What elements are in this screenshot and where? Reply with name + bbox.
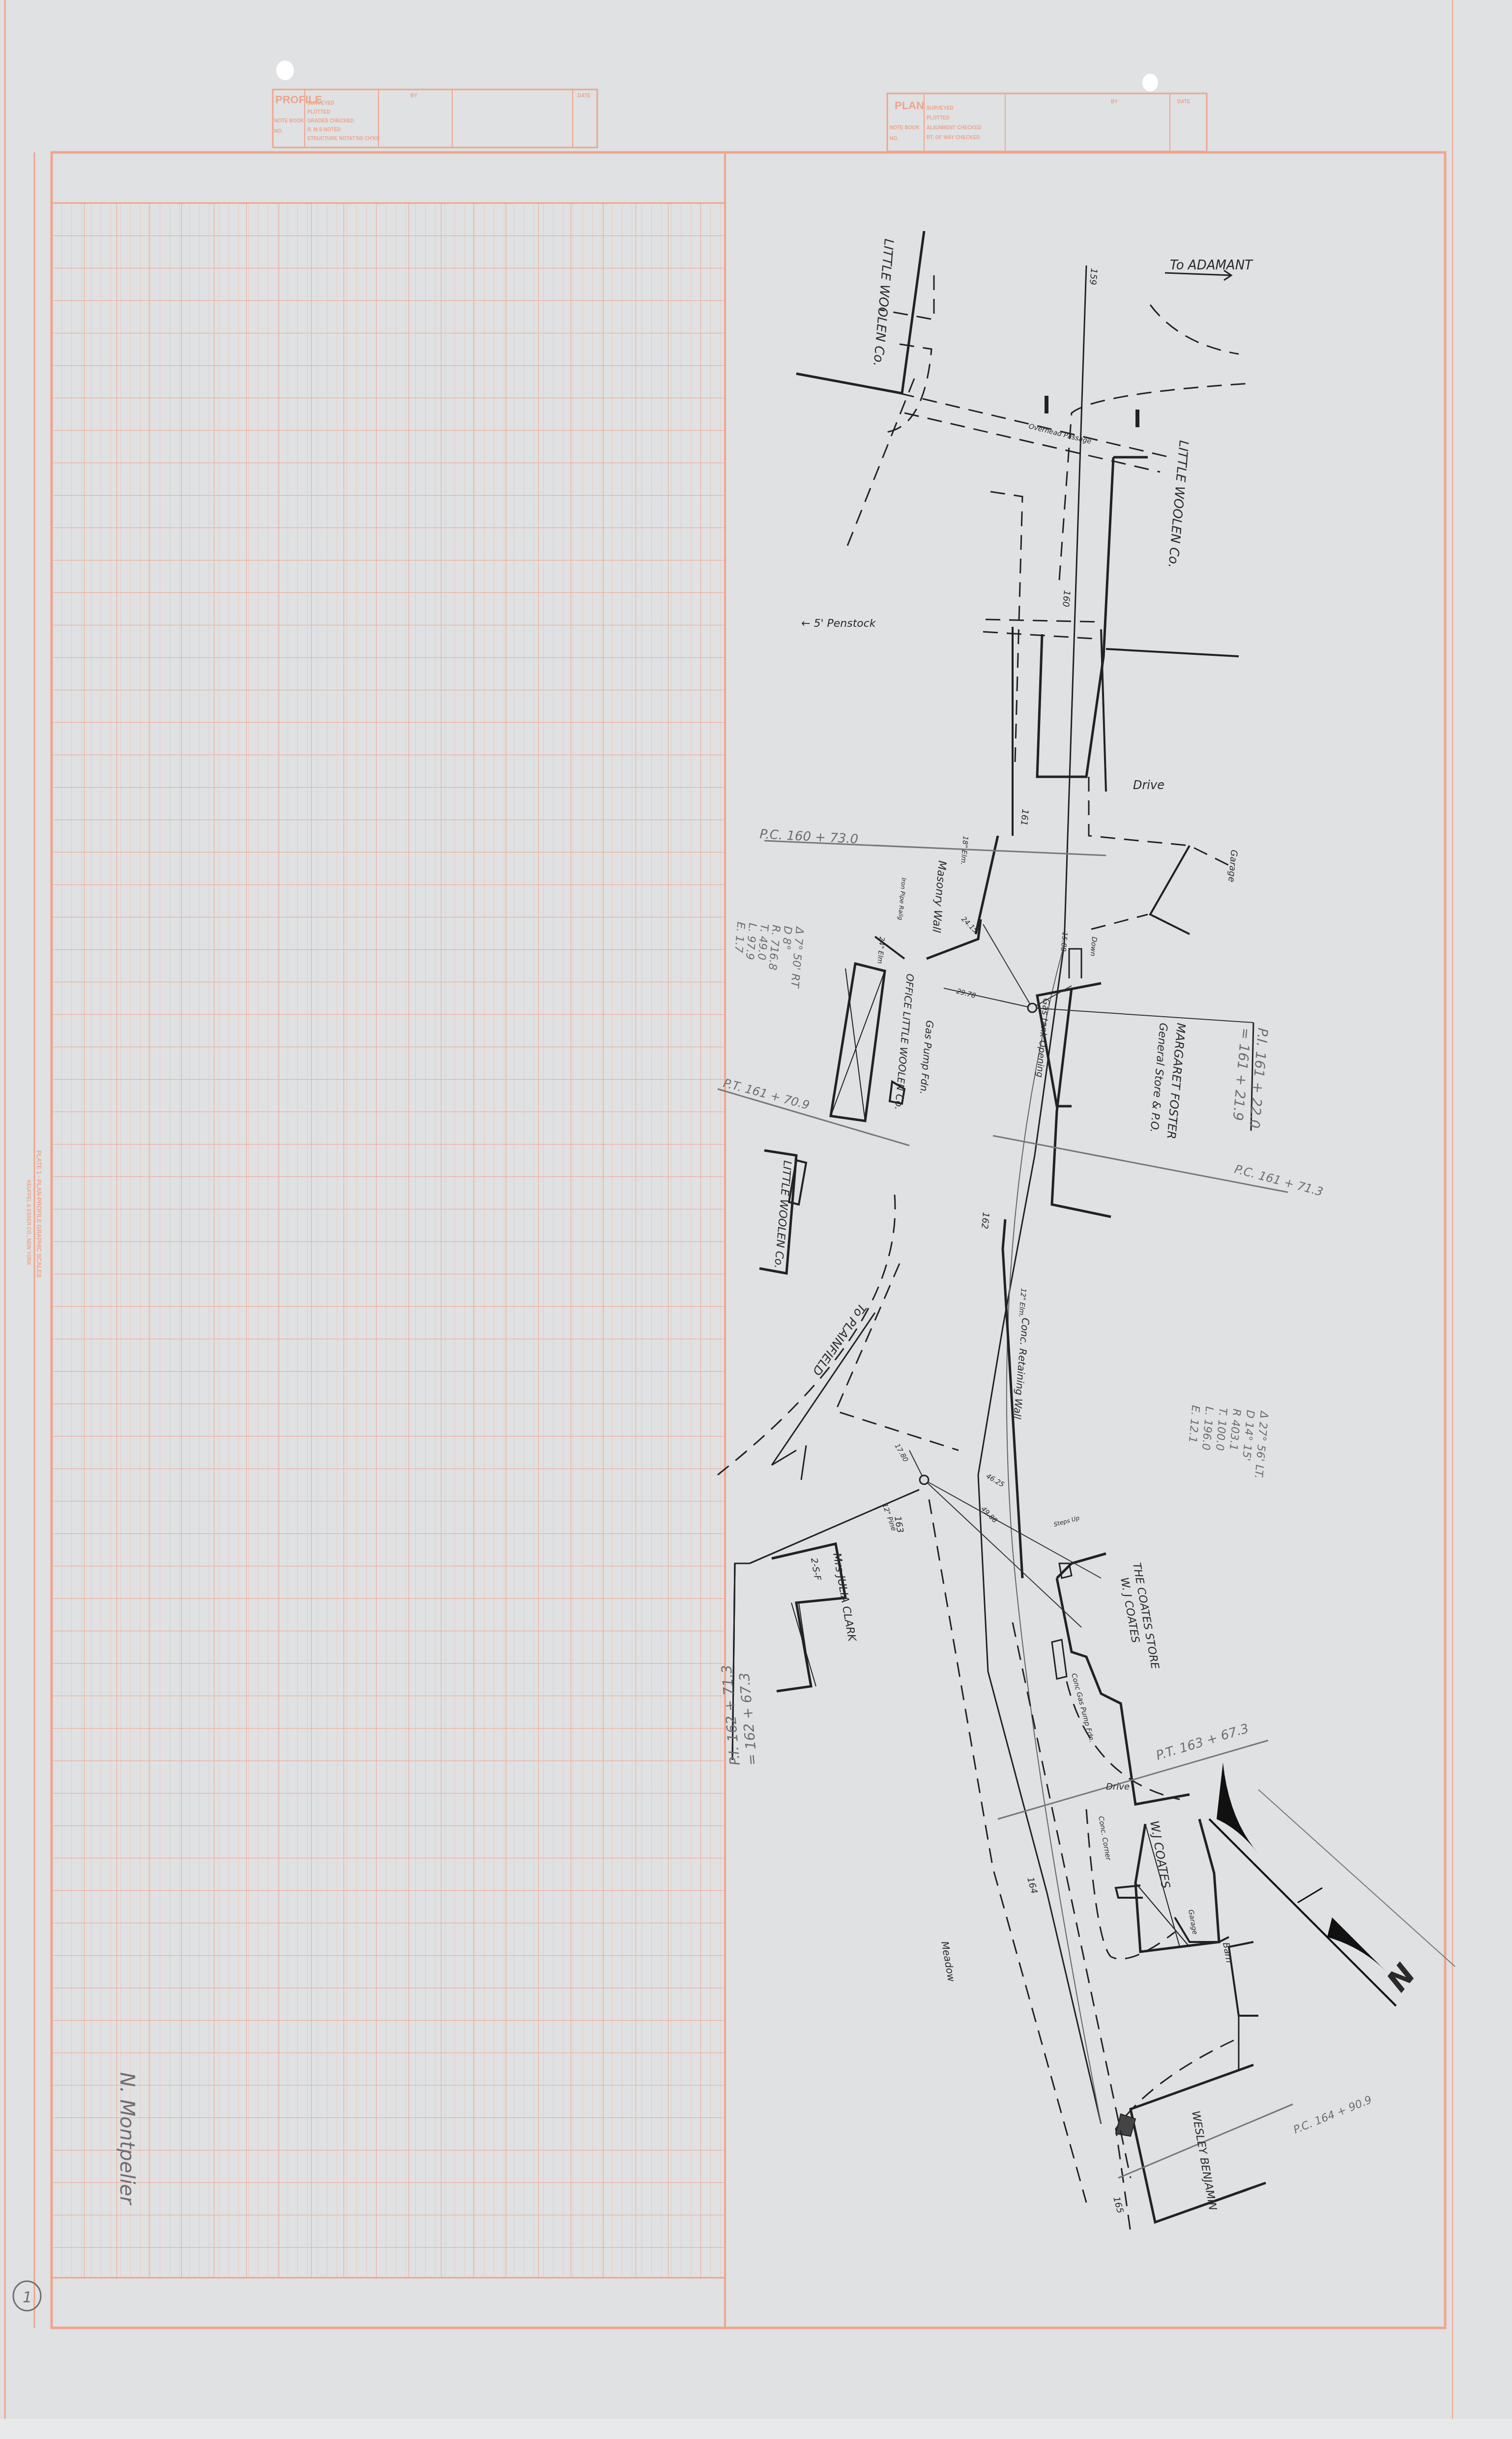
plan-row-plotted: PLOTTED [927,116,950,121]
label-wesley-benjamin: WESLEY BENJAMIN [1189,2110,1219,2211]
station-162: 162 [979,1212,991,1230]
label-steps-up: Steps Up [1053,1514,1080,1528]
pt-163-67-3: P.T. 163 + 67.3 [1154,1721,1250,1763]
curve2-e: E. 12.1 [1186,1405,1202,1443]
station-163: 163 [892,1515,905,1533]
profile-no: NO. [274,129,283,134]
curve-point-lines [718,841,1455,2178]
curve2-t: T. 100.0 [1213,1407,1229,1451]
drawing-canvas: PROFILE SURVEYED PLOTTED GRADES CHECKED … [0,0,1512,2439]
label-drive-top: Drive [1133,778,1164,792]
label-barn: Barn [1221,1941,1234,1964]
plan-date: DATE [1177,99,1191,105]
plan-by: BY [1111,99,1118,105]
profile-grid [34,152,725,2328]
north-arrow-icon [1209,1763,1396,2006]
label-gas-pump-fdn: Gas Pump Fdn. [918,1020,936,1095]
label-clark-2sf: 2-S-F [809,1557,823,1582]
label-down: Down [1089,937,1098,957]
curve-table-2: Δ 27° 56' LT. D 14° 15' R 403.1 T. 100.0… [1184,1404,1271,1479]
plan-row-surveyed: SURVEYED [927,106,954,111]
label-elm-12: 12" Elm. [1017,1288,1027,1318]
station-161: 161 [1018,809,1030,826]
plan-row-rtofway: RT. OF WAY CHECKED [927,135,980,141]
label-garage-lower: Garage [1187,1909,1199,1935]
label-conc-retaining-wall: Conc. Retaining Wall [1011,1318,1032,1420]
drawing-sheet: PROFILE SURVEYED PLOTTED GRADES CHECKED … [0,0,1512,2439]
station-165: 165 [1111,2196,1125,2215]
label-elm-18: 18" Elm. [959,836,969,866]
label-little-woolen-lower: LITTLE WOOLEN Co. [772,1160,793,1269]
profile-title-block: PROFILE SURVEYED PLOTTED GRADES CHECKED … [273,89,597,147]
dim-29-78: 29.78 [956,987,977,1000]
dim-17-80: 17.80 [893,1442,910,1464]
plan-title-block: PLAN SURVEYED PLOTTED ALIGNMENT CHECKED … [887,93,1207,151]
punch-hole-left [276,60,294,80]
margin-print-2: KEUFFEL & ESSER CO., NEW YORK [26,1180,31,1265]
curve2-r: R 403.1 [1227,1409,1243,1451]
curve2-l: L. 196.0 [1199,1406,1216,1451]
label-iron-pipe-rail: Iron Pipe Railg [897,878,907,921]
sheet-number: 1 [23,2289,32,2306]
profile-row-plotted: PLOTTED [307,110,330,115]
margin-print-1: PLATE 1 - PLAN-PROFILE GRAPHIC SCALES [35,1150,42,1277]
label-meadow: Meadow [939,1940,958,1983]
dim-15-88: 15.88 [1059,932,1069,952]
profile-row-grades: GRADES CHECKED [307,118,354,124]
curve-table-1: Δ 7° 50' RT D 8° R. 716.8 T. 49.0 L. 97.… [729,920,806,989]
profile-date: DATE [578,93,591,99]
label-garage-top: Garage [1226,850,1239,883]
profile-row-rms: R. M.S NOTED [307,127,341,133]
label-office-little-woolen: OFFICE LITTLE WOOLEN Co. [893,973,916,1111]
punch-hole-right [1142,74,1158,91]
label-wj-coates-house: W.J COATES [1147,1820,1173,1889]
north-label: N [1380,1957,1423,1998]
label-little-woolen-top-left: LITTLE WOOLEN Co. [870,238,896,367]
label-little-woolen-top-right: LITTLE WOOLEN Co. [1165,440,1191,568]
station-159: 159 [1087,268,1099,286]
label-penstock: ← 5' Penstock [801,617,876,630]
label-to-adamant: To ADAMANT [1170,258,1253,273]
plan-labels: To ADAMANT LITTLE WOOLEN Co. LITTLE WOOL… [772,238,1423,2214]
plan-no: NO. [890,136,899,142]
label-conc-corner: Conc. Corner [1097,1816,1112,1862]
plan-heading: PLAN [895,99,924,112]
label-drive-lower: Drive [1106,1782,1130,1792]
plan-notebook: NOTE BOOK [890,125,920,131]
label-overhead-passage: Overhead Passage [1028,422,1092,445]
label-elm-24: 24" Elm [875,937,886,964]
town-name: N. Montpelier [116,2072,138,2205]
profile-by: BY [410,93,417,99]
station-164: 164 [1025,1876,1039,1895]
dim-24-15: 24.15 [960,915,979,935]
dim-46-25: 46.25 [985,1472,1006,1489]
pc-160-73: P.C. 160 + 73.0 [759,827,859,847]
curve1-e: E. 1.7 [732,921,747,953]
pc-164-90-9: P.C. 164 + 90.9 [1292,2094,1374,2137]
label-masonry-wall: Masonry Wall [930,860,948,933]
plan-row-alignment: ALIGNMENT CHECKED [927,125,982,131]
station-160: 160 [1060,590,1072,608]
label-conc-gas-pump-fdn: Conc Gas Pump Fdn. [1070,1673,1096,1743]
label-julia-clark: Mrs JULIA CLARK [830,1552,858,1643]
profile-notebook: NOTE BOOK [274,118,304,124]
profile-row-surveyed: SURVEYED [307,101,334,106]
profile-row-structure: STRUCTURE NOTAT'NS CH'KD [307,136,380,142]
pc-161-71-3: P.C. 161 + 71.3 [1233,1162,1324,1199]
dim-49-88: 49.88 [979,1505,999,1525]
